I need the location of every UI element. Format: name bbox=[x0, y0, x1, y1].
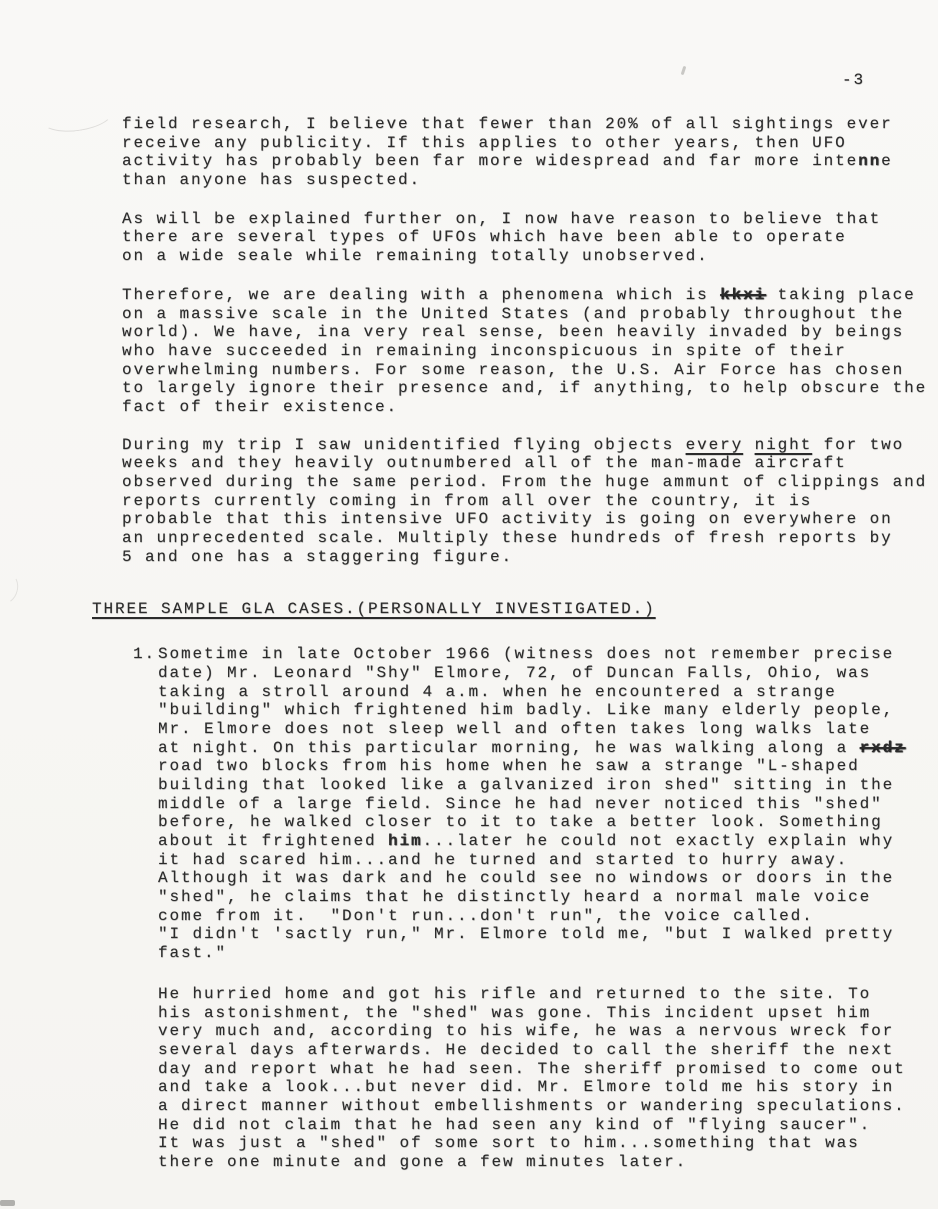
text-line: who have succeeded in remaining inconspi… bbox=[122, 342, 938, 361]
text-segment: During my trip I saw unidentified flying… bbox=[122, 436, 686, 454]
text-segment: his astonishment, the "shed" was gone. T… bbox=[158, 1004, 871, 1022]
section-heading-three-sample-gla-cases: THREE SAMPLE GLA CASES.(PERSONALLY INVES… bbox=[92, 600, 938, 619]
text-segment: Although it was dark and he could see no… bbox=[158, 869, 894, 887]
text-line: activity has probably been far more wide… bbox=[122, 152, 938, 171]
text-segment: an unprecedented scale. Multiply these h… bbox=[122, 529, 893, 547]
text-line: During my trip I saw unidentified flying… bbox=[122, 436, 938, 455]
text-line: Although it was dark and he could see no… bbox=[158, 869, 938, 888]
text-segment: receive any publicity. If this applies t… bbox=[122, 134, 847, 152]
text-segment: "shed", he claims that he distinctly hea… bbox=[158, 888, 871, 906]
text-segment: probable that this intensive UFO activit… bbox=[122, 510, 893, 528]
text-segment: road two blocks from his home when he sa… bbox=[158, 757, 860, 775]
text-segment: "building" which frightened him badly. L… bbox=[158, 701, 894, 719]
struck-out-text: rxdz bbox=[860, 739, 906, 757]
text-segment: several days afterwards. He decided to c… bbox=[158, 1041, 894, 1059]
text-line: probable that this intensive UFO activit… bbox=[122, 510, 938, 529]
text-segment: for two bbox=[812, 436, 904, 454]
text-line: taking a stroll around 4 a.m. when he en… bbox=[158, 683, 938, 702]
text-line: weeks and they heavily outnumbered all o… bbox=[122, 454, 938, 473]
text-line: his astonishment, the "shed" was gone. T… bbox=[158, 1004, 938, 1023]
text-line: day and report what he had seen. The she… bbox=[158, 1060, 938, 1079]
underlined-text: THREE SAMPLE GLA CASES.(PERSONALLY INVES… bbox=[92, 600, 656, 618]
text-segment: 5 and one has a staggering figure. bbox=[122, 548, 513, 566]
text-segment: field research, I believe that fewer tha… bbox=[122, 115, 893, 133]
text-segment: than anyone has suspected. bbox=[122, 171, 421, 189]
scanned-typewritten-page: -3 field research, I believe that fewer … bbox=[0, 0, 938, 1209]
paragraph-field-research: field research, I believe that fewer tha… bbox=[122, 115, 938, 190]
paragraph-massive-scale: Therefore, we are dealing with a phenome… bbox=[122, 286, 938, 417]
text-line: come from it. "Don't run...don't run", t… bbox=[158, 907, 938, 926]
text-line: "I didn't 'sactly run," Mr. Elmore told … bbox=[158, 925, 938, 944]
text-segment: nn bbox=[858, 152, 881, 170]
text-line: fast." bbox=[158, 944, 938, 963]
text-line: several days afterwards. He decided to c… bbox=[158, 1041, 938, 1060]
text-line: reports currently coming in from all ove… bbox=[122, 492, 938, 511]
text-segment: It was just a "shed" of some sort to him… bbox=[158, 1134, 860, 1152]
text-line: at night. On this particular morning, he… bbox=[158, 739, 938, 758]
text-line: middle of a large field. Since he had ne… bbox=[158, 795, 938, 814]
scan-edge-mark bbox=[0, 1200, 15, 1206]
text-segment: ...later he could not exactly explain wh… bbox=[423, 832, 895, 850]
text-line: very much and, according to his wife, he… bbox=[158, 1022, 938, 1041]
text-segment: day and report what he had seen. The she… bbox=[158, 1060, 906, 1078]
text-segment: a direct manner without embellishments o… bbox=[158, 1097, 906, 1115]
text-segment: on a wide seale while remaining totally … bbox=[122, 247, 709, 265]
text-segment: middle of a large field. Since he had ne… bbox=[158, 795, 883, 813]
page-number: -3 bbox=[842, 71, 865, 90]
text-segment: to largely ignore their presence and, if… bbox=[122, 379, 927, 397]
text-segment: there one minute and gone a few minutes … bbox=[158, 1153, 687, 1171]
text-line: He did not claim that he had seen any ki… bbox=[158, 1116, 938, 1135]
text-line: overwhelming numbers. For some reason, t… bbox=[122, 361, 938, 380]
text-line: road two blocks from his home when he sa… bbox=[158, 757, 938, 776]
text-segment: him bbox=[388, 832, 423, 850]
text-line: observed during the same period. From th… bbox=[122, 473, 938, 492]
text-line: and take a look...but never did. Mr. Elm… bbox=[158, 1078, 938, 1097]
text-segment: overwhelming numbers. For some reason, t… bbox=[122, 361, 904, 379]
text-line: to largely ignore their presence and, if… bbox=[122, 379, 938, 398]
text-segment: e bbox=[881, 152, 893, 170]
text-segment: it had scared him...and he turned and st… bbox=[158, 851, 848, 869]
text-line: "shed", he claims that he distinctly hea… bbox=[158, 888, 938, 907]
text-line: Mr. Elmore does not sleep well and often… bbox=[158, 720, 938, 739]
paragraph-several-types: As will be explained further on, I now h… bbox=[122, 210, 938, 266]
scan-smudge-hook bbox=[0, 569, 21, 606]
text-line: He hurried home and got his rifle and re… bbox=[158, 985, 938, 1004]
text-line: As will be explained further on, I now h… bbox=[122, 210, 938, 229]
list-item-marker: 1. bbox=[133, 645, 156, 664]
text-line: about it frightened him...later he could… bbox=[158, 832, 938, 851]
text-segment: building that looked like a galvanized i… bbox=[158, 776, 894, 794]
text-segment: Mr. Elmore does not sleep well and often… bbox=[158, 720, 871, 738]
text-segment: Sometime in late October 1966 (witness d… bbox=[158, 645, 894, 663]
text-line: than anyone has suspected. bbox=[122, 171, 938, 190]
text-line: an unprecedented scale. Multiply these h… bbox=[122, 529, 938, 548]
text-segment: about it frightened bbox=[158, 832, 388, 850]
text-line: building that looked like a galvanized i… bbox=[158, 776, 938, 795]
text-segment: taking place bbox=[766, 286, 916, 304]
text-segment bbox=[743, 436, 755, 454]
text-segment: activity has probably been far more wide… bbox=[122, 152, 858, 170]
text-line: it had scared him...and he turned and st… bbox=[158, 851, 938, 870]
text-line: fact of their existence. bbox=[122, 398, 938, 417]
text-line: 5 and one has a staggering figure. bbox=[122, 548, 938, 567]
text-segment: and take a look...but never did. Mr. Elm… bbox=[158, 1078, 894, 1096]
text-segment: at night. On this particular morning, he… bbox=[158, 739, 860, 757]
text-segment: fact of their existence. bbox=[122, 398, 398, 416]
text-line: before, he walked closer to it to take a… bbox=[158, 813, 938, 832]
text-segment: He did not claim that he had seen any ki… bbox=[158, 1116, 871, 1134]
text-segment: Therefore, we are dealing with a phenome… bbox=[122, 286, 720, 304]
text-segment: world). We have, ina very real sense, be… bbox=[122, 323, 904, 341]
text-line: on a wide seale while remaining totally … bbox=[122, 247, 938, 266]
text-line: THREE SAMPLE GLA CASES.(PERSONALLY INVES… bbox=[92, 600, 938, 619]
text-segment: come from it. "Don't run...don't run", t… bbox=[158, 907, 814, 925]
text-segment: on a massive scale in the United States … bbox=[122, 305, 904, 323]
document-body: field research, I believe that fewer tha… bbox=[92, 115, 938, 1172]
struck-out-text: kkxi bbox=[720, 286, 766, 304]
text-line: a direct manner without embellishments o… bbox=[158, 1097, 938, 1116]
scan-smudge-tick bbox=[681, 66, 687, 75]
case-1-paragraph-a: 1.Sometime in late October 1966 (witness… bbox=[158, 645, 938, 963]
text-segment: "I didn't 'sactly run," Mr. Elmore told … bbox=[158, 925, 894, 943]
case-1-paragraph-b: He hurried home and got his rifle and re… bbox=[158, 985, 938, 1172]
text-line: there one minute and gone a few minutes … bbox=[158, 1153, 938, 1172]
text-line: on a massive scale in the United States … bbox=[122, 305, 938, 324]
text-line: world). We have, ina very real sense, be… bbox=[122, 323, 938, 342]
text-line: date) Mr. Leonard "Shy" Elmore, 72, of D… bbox=[158, 664, 938, 683]
text-segment: He hurried home and got his rifle and re… bbox=[158, 985, 871, 1003]
text-line: Therefore, we are dealing with a phenome… bbox=[122, 286, 938, 305]
text-line: 1.Sometime in late October 1966 (witness… bbox=[158, 645, 938, 664]
underlined-text: night bbox=[755, 436, 813, 454]
text-line: It was just a "shed" of some sort to him… bbox=[158, 1134, 938, 1153]
text-line: "building" which frightened him badly. L… bbox=[158, 701, 938, 720]
text-segment: fast." bbox=[158, 944, 227, 962]
text-segment: reports currently coming in from all ove… bbox=[122, 492, 812, 510]
text-line: receive any publicity. If this applies t… bbox=[122, 134, 938, 153]
paragraph-every-night: During my trip I saw unidentified flying… bbox=[122, 436, 938, 567]
text-segment: As will be explained further on, I now h… bbox=[122, 210, 881, 228]
text-line: there are several types of UFOs which ha… bbox=[122, 228, 938, 247]
text-segment: before, he walked closer to it to take a… bbox=[158, 813, 883, 831]
text-segment: taking a stroll around 4 a.m. when he en… bbox=[158, 683, 837, 701]
text-segment: who have succeeded in remaining inconspi… bbox=[122, 342, 847, 360]
text-segment: date) Mr. Leonard "Shy" Elmore, 72, of D… bbox=[158, 664, 871, 682]
text-segment: there are several types of UFOs which ha… bbox=[122, 228, 847, 246]
text-segment: weeks and they heavily outnumbered all o… bbox=[122, 454, 847, 472]
text-line: field research, I believe that fewer tha… bbox=[122, 115, 938, 134]
text-segment: very much and, according to his wife, he… bbox=[158, 1022, 894, 1040]
text-segment: observed during the same period. From th… bbox=[122, 473, 927, 491]
underlined-text: every bbox=[686, 436, 744, 454]
